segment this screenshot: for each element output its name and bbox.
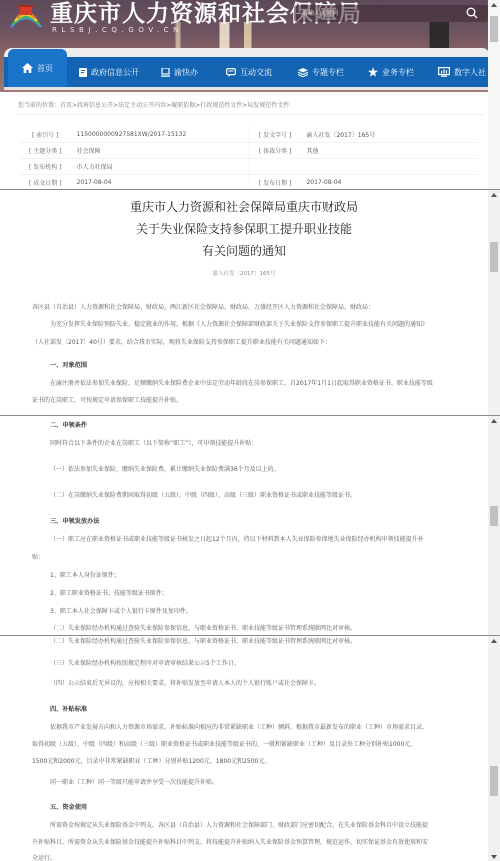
search-input[interactable] <box>302 8 452 19</box>
segment-conditions: 二、申领条件 同时符合以下条件的企业在岗职工（以下简称“职工”），可申领技能提升… <box>0 415 500 636</box>
paragraph: 全运行。 <box>32 851 56 861</box>
computer-icon <box>161 68 170 77</box>
document-meta-table: [ 索引号 ] 11500000009275​81XW/2017-15132 [… <box>20 127 478 189</box>
meta-label: [ 发布日期 ] <box>249 175 300 190</box>
section-heading: 三、申领发放办法 <box>50 516 100 525</box>
scroll-up-arrow[interactable] <box>491 639 497 643</box>
document-number: 渝人社发〔2017〕165号 <box>0 269 488 277</box>
main-nav: 首页 政府信息公开 渝快办 互动交流 专题专栏 业务专栏 数字人社 <box>4 57 490 87</box>
meta-topic-value: 社会保障 <box>71 143 250 159</box>
layers-icon <box>298 68 308 77</box>
list-item: 贴： <box>32 550 44 566</box>
scrollbar-thumb[interactable] <box>490 16 498 42</box>
meta-label: [ 发文字号 ] <box>249 127 300 143</box>
meta-label: [ 索引号 ] <box>20 127 71 143</box>
breadcrumb-item[interactable]: 局发规范性文件 <box>247 102 289 109</box>
nav-item-interaction[interactable]: 互动交流 <box>226 57 272 87</box>
paragraph: 为充分发挥失业保险预防失业、稳定就业的作用，根据《人力资源社会保障部财政部关于失… <box>50 317 428 333</box>
breadcrumb-item[interactable]: 首页 <box>60 102 72 109</box>
nav-item-business[interactable]: 业务专栏 <box>368 57 414 87</box>
meta-doc-no-value: 渝人社发〔2017〕165号 <box>300 127 478 143</box>
nav-label: 数字人社 <box>454 67 486 78</box>
document-title-line: 有关问题的通知 <box>0 240 488 262</box>
paragraph: 所需资金按规定从失业保险基金中列支。各区县（自治县）人力资源和社会保障部门、财政… <box>50 818 428 834</box>
list-item: （二）失业保险经办机构通过查验失业保险参保信息，与职业资格证书、职业技能等级证书… <box>50 621 356 636</box>
nav-item-home[interactable]: 首页 <box>8 49 67 87</box>
nav-label: 渝快办 <box>174 67 198 78</box>
site-logo-icon <box>8 3 44 29</box>
paragraph: 证书的在岗职工，可按规定申请参保职工技能提升补贴。 <box>32 393 182 409</box>
segment-title: 重庆市人力资源和社会保障局重庆市财政局 关于失业保险支持参保职工提升职业技能 有… <box>0 189 500 416</box>
paragraph: 取得初级（五级）、中级（四级）和高级（三级）职业资格证书或职业技能等级证书的，一… <box>32 737 416 753</box>
section-heading: 二、申领条件 <box>50 420 87 429</box>
scrollbar[interactable] <box>488 190 500 416</box>
list-item: （四）公示结束后无异议的，应按相关要求，将补贴发放至申请人本人的个人银行账户或社… <box>50 676 320 692</box>
meta-label: [ 发布机构 ] <box>20 159 71 175</box>
scroll-down-arrow[interactable] <box>491 855 497 859</box>
nav-label: 首页 <box>37 63 53 74</box>
paragraph: 同时符合以下条件的企业在岗职工（以下简称“职工”），可申领技能提升补贴： <box>50 436 257 452</box>
section-heading: 五、资金使用 <box>50 802 87 811</box>
list-item: （二）失业保险经办机构通过查验失业保险参保信息，与职业资格证书、职业技能等级证书… <box>50 635 356 650</box>
nav-label: 业务专栏 <box>382 67 414 78</box>
breadcrumb-item[interactable]: 行政规范性文件 <box>200 102 242 109</box>
scroll-up-arrow[interactable] <box>491 419 497 423</box>
document-title-line: 关于失业保险支持参保职工提升职业技能 <box>0 218 488 240</box>
list-item: 1、职工本人身份证原件； <box>50 568 120 584</box>
nav-label: 政府信息公开 <box>91 67 139 78</box>
paragraph: 1500元和2000元，目录中非常紧缺职业（工种）分别补贴1200元、1800元… <box>32 754 270 770</box>
paragraph: 在渝注册并依法参加失业保险、足额缴纳失业保险费企业中法定劳动年龄段在岗参保职工，… <box>50 376 433 392</box>
addressee: 各区县（自治县）人力资源和社会保障局、财政局，两江新区社会保障局、财政局，万盛经… <box>32 300 374 316</box>
paragraph: 依据我市产业发展方向和人力资源市场需求，补贴标准向相应的非常紧缺职业（工种）倾斜… <box>50 720 428 736</box>
section-heading: 四、补贴标准 <box>50 704 87 713</box>
meta-label: [ 体裁分类 ] <box>249 143 300 159</box>
nav-item-digital[interactable]: 数字人社 <box>438 57 486 87</box>
site-url: RLSBJ.CQ.GOV.CN <box>52 26 183 34</box>
scrollbar-thumb[interactable] <box>490 506 498 526</box>
meta-label: [ 成文日期 ] <box>20 175 71 190</box>
meta-published-date: 2017-08-04 <box>300 175 478 190</box>
divider <box>16 114 484 115</box>
breadcrumb-item[interactable]: 履职依据 <box>171 102 195 109</box>
list-item: （一）职工应在职业资格证书或职业技能等级证书核发之日起12个月内，持以下材料到本… <box>50 532 424 548</box>
meta-genre-value: 其他 <box>300 143 478 159</box>
nav-item-gov-info[interactable]: 政府信息公开 <box>79 57 139 87</box>
nav-item-yukuaiban[interactable]: 渝快办 <box>161 57 198 87</box>
meta-index-value: 11500000009275​81XW/2017-15132 <box>71 127 250 143</box>
list-item: （一）依法参加失业保险，缴纳失业保险费，累计缴纳失业保险费满36个月及以上的。 <box>50 462 280 478</box>
list-item: 2、职工职业资格证书、技能等级证书原件； <box>50 586 168 602</box>
scrollbar-thumb[interactable] <box>490 766 498 796</box>
meta-label: [ 主题分类 ] <box>20 143 71 159</box>
breadcrumb-prefix: 您当前的位置： <box>18 102 60 109</box>
scroll-up-arrow[interactable] <box>491 3 497 7</box>
search-icon[interactable] <box>466 7 478 19</box>
paragraph: 升补贴科目，所需资金从失业保险基金技能提升补贴科目中列支，将技能提升补贴纳入失业… <box>32 835 428 851</box>
nav-label: 专题专栏 <box>312 67 344 78</box>
document-icon <box>79 68 87 77</box>
nav-label: 互动交流 <box>240 67 272 78</box>
nav-item-topics[interactable]: 专题专栏 <box>298 57 344 87</box>
paragraph: 同一职业（工种）同一等级只能申请并享受一次技能提升补贴。 <box>50 775 218 791</box>
home-icon <box>22 63 33 73</box>
scrollbar[interactable] <box>488 416 500 636</box>
star-icon <box>368 67 378 77</box>
breadcrumb-item[interactable]: 政府信息公开 <box>77 102 113 109</box>
scroll-up-arrow[interactable] <box>491 193 497 197</box>
paragraph: （人社部发〔2017〕40号）要求，结合我市实际，现将失业保险支持参保职工提升职… <box>32 335 331 351</box>
scrollbar[interactable] <box>488 636 500 861</box>
search-box <box>294 5 488 22</box>
segment-header: 重庆市人力资源和社会保障局 RLSBJ.CQ.GOV.CN 首页 政府信息公开 … <box>0 0 500 189</box>
meta-written-date: 2017-08-04 <box>71 175 250 190</box>
breadcrumb: 您当前的位置：首页>政府信息公开>法定主动公开内容>履职依据>行政规范性文件>局… <box>18 100 289 109</box>
list-item: （三）失业保险经办机构按照规定程序对申请审核结果公示5个工作日。 <box>50 656 240 672</box>
list-item: 3、职工本人社会保障卡或个人银行卡原件及复印件。 <box>50 604 192 620</box>
meta-issuer-value: 市人力社保局 <box>71 159 250 175</box>
list-item: （二）在岗缴纳失业保险费期间取得初级（五级）、中级（四级）、高级（三级）职业资格… <box>50 488 356 504</box>
scrollbar-thumb[interactable] <box>490 242 498 272</box>
scrollbar[interactable] <box>488 0 500 189</box>
chat-icon <box>226 68 236 77</box>
segment-standards: （二）失业保险经办机构通过查验失业保险参保信息，与职业资格证书、职业技能等级证书… <box>0 635 500 861</box>
section-heading: 一、对象范围 <box>50 360 87 369</box>
breadcrumb-item[interactable]: 法定主动公开内容 <box>118 102 166 109</box>
monitor-chart-icon <box>438 67 450 77</box>
document-title-line: 重庆市人力资源和社会保障局重庆市财政局 <box>0 196 488 218</box>
